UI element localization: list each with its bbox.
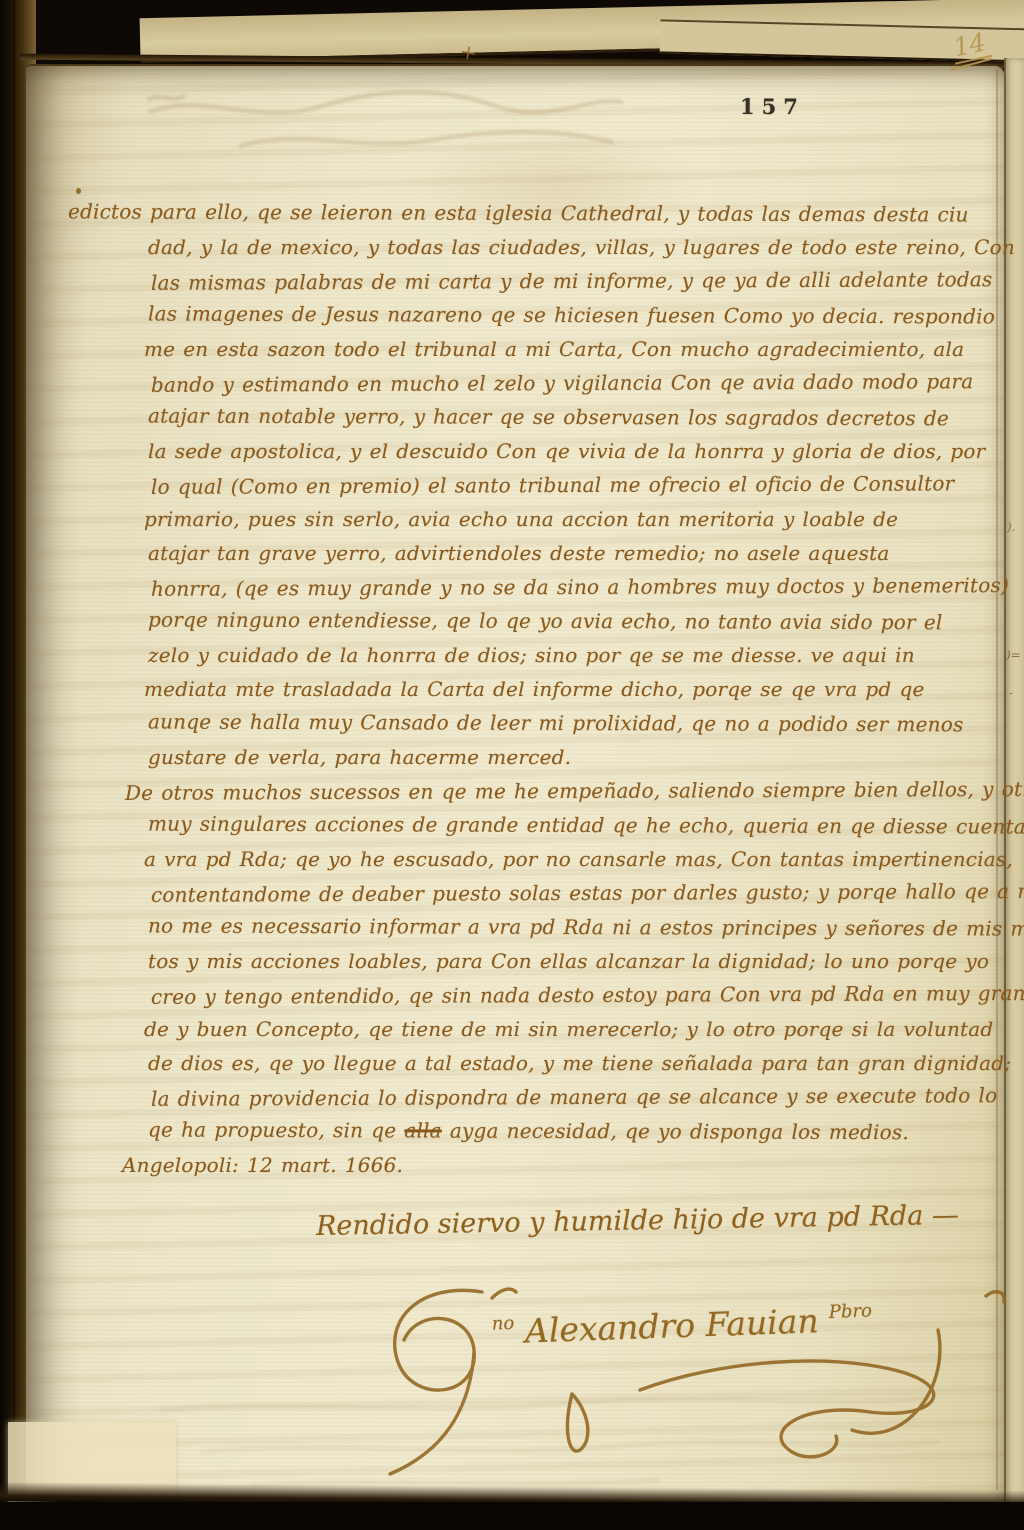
manuscript-line: de y buen Concepto, qe tiene de mi sin m…: [144, 1012, 992, 1046]
edge-ink-mark: -: [1009, 686, 1013, 700]
manuscript-line: a vra pd Rda; qe yo he escusado, por no …: [144, 842, 992, 876]
manuscript-line: primario, pues sin serlo, avia echo una …: [144, 502, 992, 536]
manuscript-line: De otros muchos sucessos en qe me he emp…: [125, 772, 999, 810]
manuscript-line: qe ha propuesto, sin qe alla ayga necesi…: [148, 1113, 996, 1150]
manuscript-line: mediata mte trasladada la Carta del info…: [144, 672, 992, 706]
manuscript-line: la divina providencia lo dispondra de ma…: [151, 1078, 999, 1116]
manuscript-line: dad, y la de mexico, y todas las ciudade…: [148, 230, 996, 264]
manuscript-line: creo y tengo entendido, qe sin nada dest…: [151, 976, 999, 1014]
manuscript-line: la sede apostolica, y el descuido Con qe…: [148, 434, 996, 468]
manuscript-lines: edictos para ello, qe se leieron en esta…: [148, 196, 996, 1182]
manuscript-line: zelo y cuidado de la honrra de dios; sin…: [148, 638, 996, 672]
bottom-dark-band: [0, 1502, 1024, 1530]
manuscript-line: edictos para ello, qe se leieron en esta…: [68, 194, 996, 231]
page-number-stamp: 157: [740, 96, 805, 117]
edge-ink-mark: ).: [1007, 520, 1016, 534]
manuscript-line: bando y estimando en mucho el zelo y vig…: [151, 364, 999, 402]
manuscript-line: porqe ninguno entendiesse, qe lo qe yo a…: [148, 603, 996, 640]
manuscript-line: no me es necessario informar a vra pd Rd…: [148, 909, 996, 946]
manuscript-line: Angelopoli: 12 mart. 1666.: [122, 1148, 996, 1182]
struck-word: alla: [404, 1118, 442, 1142]
signature-suffix: Pbro: [828, 1300, 872, 1322]
manuscript-line: tos y mis acciones loables, para Con ell…: [148, 944, 996, 978]
edge-ink-mark: )=: [1006, 648, 1021, 662]
manuscript-line: las imagenes de Jesus nazareno qe se hic…: [148, 297, 996, 334]
manuscript-line: me en esta sazon todo el tribunal a mi C…: [144, 332, 992, 366]
binding-edge-line: [13, 0, 15, 1530]
manuscript-line: contentandome de deaber puesto solas est…: [151, 874, 999, 912]
manuscript-line: las mismas palabras de mi carta y de mi …: [151, 262, 999, 300]
signature-prefix: no: [491, 1313, 514, 1335]
manuscript-line: lo qual (Como en premio) el santo tribun…: [151, 466, 999, 504]
manuscript-line: honrra, (qe es muy grande y no se da sin…: [151, 568, 999, 606]
manuscript-line: muy singulares acciones de grande entida…: [148, 807, 996, 844]
folio-annotation: 14: [949, 28, 992, 64]
manuscript-line: de dios es, qe yo llegue a tal estado, y…: [148, 1046, 996, 1080]
manuscript-line: gustare de verla, para hacerme merced.: [148, 740, 996, 774]
manuscript-scan: { "document": { "kind": "17th-century ha…: [0, 0, 1024, 1530]
manuscript-line: atajar tan grave yerro, advirtiendoles d…: [148, 536, 996, 570]
manuscript-line: aunqe se halla muy Cansado de leer mi pr…: [148, 705, 996, 742]
manuscript-line: atajar tan notable yerro, y hacer qe se …: [148, 399, 996, 436]
ink-speck: [76, 188, 81, 194]
